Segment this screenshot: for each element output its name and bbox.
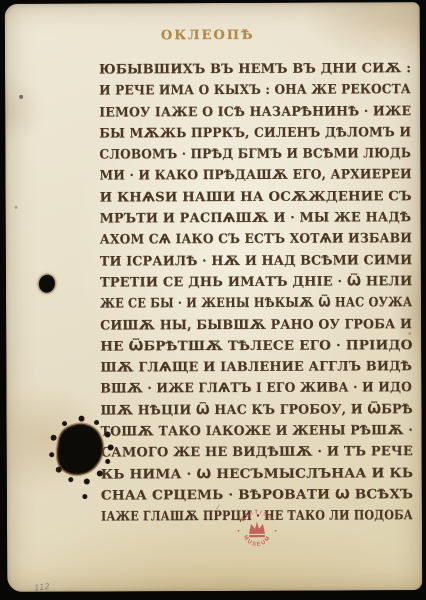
british-museum-stamp: BRITISH MUSEUM	[234, 508, 280, 554]
text-row: ШѪ ГЛѦЩЕ И ІАВЛЕНИЕ АГГЛЪ ВИДѢ	[100, 355, 412, 378]
text-row: СЛОВОМЪ · ПРѢД БГМЪ И ВСѢМИ ЛЮДЬ	[99, 142, 411, 165]
text-line: МРЪТИ И РАСПѦШѪ И · МЫ ЖЕ НАДѢ	[100, 207, 412, 230]
text-row: НЕ ѾБРѢТШѪ ТѢЛЕСЕ ЕГО · ПРІИДО	[100, 334, 412, 357]
text-line: И РЕЧЕ ИМА О КЫХЪ : ОНА ЖЕ РЕКОСТА	[99, 79, 411, 102]
parchment-hole-small	[38, 274, 56, 294]
text-line: ТРЕТІИ СЕ ДНЬ ИМАТЪ ДНІЕ · Ѿ НЕЛИ	[100, 271, 412, 294]
text-row: ЖЕ СЕ БЫ · И ЖЕНЫ НѢКЫѪ Ѿ НАС ОУЖА	[100, 291, 412, 314]
text-line: МИ · И КАКО ПРѢДАШѪ ЕГО, АРХИЕРЕИ	[99, 165, 411, 188]
text-line: ТИ ІСРАИЛѢ · НѪ И НАД ВСѢМИ СИМИ	[100, 250, 412, 273]
text-line: И КНѦЅИ НАШИ НА ОСѪЖДЕНИЕ СЪ	[100, 186, 412, 209]
text-line: БЫ МѪЖЬ ПРРКЪ, СИЛЕНЪ ДѢЛОМЪ И	[99, 122, 411, 145]
text-row: И РЕЧЕ ИМА О КЫХЪ : ОНА ЖЕ РЕКОСТА	[99, 78, 411, 101]
text-row: МИ · И КАКО ПРѢДАШѪ ЕГО, АРХИЕРЕИ	[99, 164, 411, 187]
speck	[15, 206, 18, 209]
text-row: ТРЕТІИ СЕ ДНЬ ИМАТЪ ДНІЕ · Ѿ НЕЛИ	[100, 270, 412, 293]
folio-number-pencil: 112	[34, 582, 50, 593]
text-line: САМОГО ЖЕ НЕ ВИДѢШѪ · И ТЪ РЕЧЕ	[101, 441, 413, 464]
parchment-hole	[57, 424, 103, 475]
text-row: САМОГО ЖЕ НЕ ВИДѢШѪ · И ТЪ РЕЧЕ	[101, 440, 413, 463]
text-row: И КНѦЅИ НАШИ НА ОСѪЖДЕНИЕ СЪ	[100, 185, 412, 208]
text-row: БЫ МѪЖЬ ПРРКЪ, СИЛЕНЪ ДѢЛОМЪ И	[99, 121, 411, 144]
text-row: АХОМ СѦ ІАКО СЪ ЕСТЪ ХОТѦИ ИЗБАВИ	[100, 228, 412, 251]
text-line: ВШѪ · ИЖЕ ГЛѦТЪ І ЕГО ЖИВА · И ИДО	[100, 378, 412, 401]
text-row: ЮБЫВШИХЪ ВЪ НЕМЪ ВЪ ДНИ СИѪ :	[99, 57, 411, 80]
text-line: ШѪ ГЛѦЩЕ И ІАВЛЕНИЕ АГГЛЪ ВИДѢ	[100, 356, 412, 379]
text-line: ШѪ НѢЦІИ Ѿ НАС КЪ ГРОБОУ, И ѾБРѢ	[100, 399, 412, 422]
text-line: СИШѪ НЫ, БЫВШѪ РАНО ОУ ГРОБА И	[100, 314, 412, 337]
text-line: ЖЕ СЕ БЫ · И ЖЕНЫ НѢКЫѪ Ѿ НАС ОУЖА	[100, 292, 412, 315]
stamp-top-text: BRITISH	[240, 510, 275, 523]
text-row: СИШѪ НЫ, БЫВШѪ РАНО ОУ ГРОБА И	[100, 313, 412, 336]
text-line: АХОМ СѦ ІАКО СЪ ЕСТЪ ХОТѦИ ИЗБАВИ	[100, 229, 412, 252]
text-row: МРЪТИ И РАСПѦШѪ И · МЫ ЖЕ НАДѢ	[100, 206, 412, 229]
text-line: ІЕМОУ ІАЖЕ О ІСѢ НАЗАРѢНИНѢ · ИЖЕ	[99, 101, 411, 124]
text-row: ІЕМОУ ІАЖЕ О ІСѢ НАЗАРѢНИНѢ · ИЖЕ	[99, 100, 411, 123]
text-row: ТИ ІСРАИЛѢ · НѪ И НАД ВСѢМИ СИМИ	[100, 249, 412, 272]
stamp-side-dot	[238, 530, 240, 532]
parchment-hole-decorated	[44, 409, 124, 507]
crown-icon	[249, 522, 265, 537]
rubric-header: ОКЛЕОПѢ	[161, 28, 255, 43]
stamp-side-dot	[275, 530, 277, 532]
speck	[408, 332, 411, 335]
text-row: ТОШѪ ТАКО ІАКОЖЕ И ЖЕНЫ РѢШѪ ·	[101, 419, 413, 442]
text-line: КЬ НИМА · Ѡ НЕСЪМЫСЛЪНАА И КЬ	[101, 463, 413, 486]
text-line: СНАА СРЦЕМЬ · ВѢРОВАТИ Ѡ ВСѢХЪ	[101, 484, 413, 507]
text-row: СНАА СРЦЕМЬ · ВѢРОВАТИ Ѡ ВСѢХЪ	[101, 483, 413, 506]
text-block: ЮБЫВШИХЪ ВЪ НЕМЪ ВЪ ДНИ СИѪ : И РЕЧЕ ИМА…	[99, 57, 413, 527]
pencil-tick: ✓	[214, 502, 222, 512]
text-line: СЛОВОМЪ · ПРѢД БГМЪ И ВСѢМИ ЛЮДЬ	[99, 143, 411, 166]
svg-text:BRITISH: BRITISH	[240, 510, 275, 523]
manuscript-photo: ОКЛЕОПѢ ЮБЫВШИХЪ ВЪ НЕМЪ ВЪ ДНИ СИѪ : И …	[0, 0, 426, 600]
speck	[19, 95, 23, 99]
text-line: ЮБЫВШИХЪ ВЪ НЕМЪ ВЪ ДНИ СИѪ :	[99, 58, 411, 81]
text-line: НЕ ѾБРѢТШѪ ТѢЛЕСЕ ЕГО · ПРІИДО	[100, 335, 412, 358]
text-line: ТОШѪ ТАКО ІАКОЖЕ И ЖЕНЫ РѢШѪ ·	[101, 420, 413, 443]
text-row: ШѪ НѢЦІИ Ѿ НАС КЪ ГРОБОУ, И ѾБРѢ	[100, 398, 412, 421]
manuscript-page: ОКЛЕОПѢ ЮБЫВШИХЪ ВЪ НЕМЪ ВЪ ДНИ СИѪ : И …	[5, 2, 423, 592]
text-row: ВШѪ · ИЖЕ ГЛѦТЪ І ЕГО ЖИВА · И ИДО	[100, 377, 412, 400]
text-row: КЬ НИМА · Ѡ НЕСЪМЫСЛЪНАА И КЬ	[101, 462, 413, 485]
